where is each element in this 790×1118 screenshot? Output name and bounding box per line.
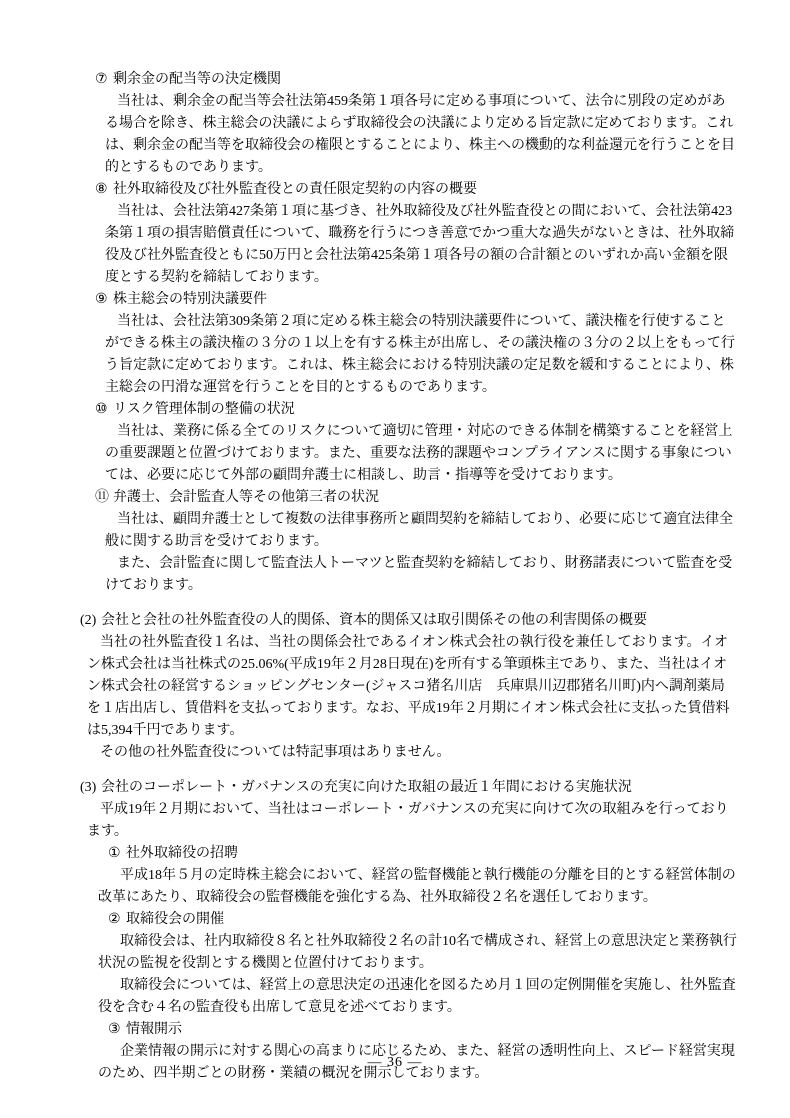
numbered-item-title: 剰余金の配当等の決定機関 — [113, 72, 281, 87]
numbered-item-paragraph-line: また、会計監査に関して監査法人トーマツと監査契約を締結しており、財務諸表について… — [80, 553, 770, 575]
section-heading: (3)会社のコーポレート・ガバナンスの充実に向けた取組の最近１年間における実施状… — [80, 777, 770, 799]
section-paragraph-line: 平成19年２月期において、当社はコーポレート・ガバナンスの充実に向けて次の取組み… — [80, 799, 770, 821]
numbered-item-marker: ⑪ — [95, 487, 113, 509]
numbered-item: ⑧社外取締役及び社外監査役との責任限定契約の内容の概要当社は、会社法第427条第… — [80, 179, 770, 289]
numbered-item-paragraph-line: けております。 — [80, 575, 770, 597]
numbered-item-heading: ⑩リスク管理体制の整備の状況 — [80, 399, 770, 421]
subitem: ①社外取締役の招聘平成18年５月の定時株主総会において、経営の監督機能と執行機能… — [80, 843, 770, 909]
section-paragraph-line: 当社の社外監査役１名は、当社の関係会社であるイオン株式会社の執行役を兼任しており… — [80, 632, 770, 654]
numbered-item-paragraph-line: 主総会の円滑な運営を行うことを目的とするものであります。 — [80, 377, 770, 399]
numbered-item-marker: ⑦ — [95, 69, 113, 91]
subitem-paragraph-line: 取締役会は、社内取締役８名と社外取締役２名の計10名で構成され、経営上の意思決定… — [80, 931, 770, 953]
numbered-item-paragraph-line: ができる株主の議決権の３分の１以上を有する株主が出席し、その議決権の３分の２以上… — [80, 333, 770, 355]
section-heading: (2)会社と会社の社外監査役の人的関係、資本的関係又は取引関係その他の利害関係の… — [80, 610, 770, 632]
section-title: 会社と会社の社外監査役の人的関係、資本的関係又は取引関係その他の利害関係の概要 — [101, 613, 647, 628]
numbered-item: ⑩リスク管理体制の整備の状況当社は、業務に係る全てのリスクについて適切に管理・対… — [80, 399, 770, 487]
section: (3)会社のコーポレート・ガバナンスの充実に向けた取組の最近１年間における実施状… — [80, 777, 770, 1085]
numbered-item-marker: ⑨ — [95, 289, 113, 311]
numbered-item-heading: ⑧社外取締役及び社外監査役との責任限定契約の内容の概要 — [80, 179, 770, 201]
section: (2)会社と会社の社外監査役の人的関係、資本的関係又は取引関係その他の利害関係の… — [80, 610, 770, 764]
numbered-item-title: 社外取締役及び社外監査役との責任限定契約の内容の概要 — [113, 182, 477, 197]
document-page: ⑦剰余金の配当等の決定機関当社は、剰余金の配当等会社法第459条第１項各号に定め… — [0, 0, 790, 1118]
subitem-paragraph-line: 状況の監視を役割とする機関と位置付けております。 — [80, 953, 770, 975]
section-paragraph-line: その他の社外監査役については特記事項はありません。 — [80, 742, 770, 764]
numbered-item-paragraph-line: 当社は、会社法第427条第１項に基づき、社外取締役及び社外監査役との間において、… — [80, 201, 770, 223]
numbered-item-paragraph-line: う旨定款に定めております。これは、株主総会における特別決議の定足数を緩和すること… — [80, 355, 770, 377]
subitem-paragraph-line: 役を含む４名の監査役も出席して意見を述べております。 — [80, 997, 770, 1019]
numbered-item-paragraph-line: 当社は、業務に係る全てのリスクについて適切に管理・対応のできる体制を構築すること… — [80, 421, 770, 443]
section-paragraph-line: は5,394千円であります。 — [80, 720, 770, 742]
numbered-item-paragraph-line: 当社は、会社法第309条第２項に定める株主総会の特別決議要件について、議決権を行… — [80, 311, 770, 333]
numbered-item-title: 弁護士、会計監査人等その他第三者の状況 — [113, 490, 379, 505]
section-marker: (2) — [80, 610, 101, 632]
numbered-item-paragraph-line: 役及び社外監査役ともに50万円と会社法第425条第１項各号の額の合計額とのいずれ… — [80, 245, 770, 267]
section-title: 会社のコーポレート・ガバナンスの充実に向けた取組の最近１年間における実施状況 — [101, 780, 632, 795]
numbered-item-heading: ⑦剰余金の配当等の決定機関 — [80, 69, 770, 91]
subitem-heading: ①社外取締役の招聘 — [80, 843, 770, 865]
section-marker: (3) — [80, 777, 101, 799]
document-body: ⑦剰余金の配当等の決定機関当社は、剰余金の配当等会社法第459条第１項各号に定め… — [80, 69, 770, 1085]
subitem-paragraph-line: 改革にあたり、取締役会の監督機能を強化する為、社外取締役２名を選任しております。 — [80, 887, 770, 909]
numbered-item-marker: ⑩ — [95, 399, 113, 421]
subitem-marker: ③ — [108, 1019, 126, 1041]
numbered-item-paragraph-line: 当社は、顧問弁護士として複数の法律事務所と顧問契約を締結しており、必要に応じて適… — [80, 509, 770, 531]
numbered-item-marker: ⑧ — [95, 179, 113, 201]
numbered-item-paragraph-line: 当社は、剰余金の配当等会社法第459条第１項各号に定める事項について、法令に別段… — [80, 91, 770, 113]
subitem-marker: ① — [108, 843, 126, 865]
numbered-item-paragraph-line: 条第１項の損害賠償責任について、職務を行うにつき善意でかつ重大な過失がないときは… — [80, 223, 770, 245]
numbered-item-title: 株主総会の特別決議要件 — [113, 292, 267, 307]
section-paragraph-line: を１店出店し、賃借料を支払っております。なお、平成19年２月期にイオン株式会社に… — [80, 698, 770, 720]
numbered-item-heading: ⑪弁護士、会計監査人等その他第三者の状況 — [80, 487, 770, 509]
numbered-item: ⑪弁護士、会計監査人等その他第三者の状況当社は、顧問弁護士として複数の法律事務所… — [80, 487, 770, 597]
subitem-title: 社外取締役の招聘 — [126, 846, 238, 861]
section-paragraph-line: ン株式会社は当社株式の25.06%(平成19年２月28日現在)を所有する筆頭株主… — [80, 654, 770, 676]
page-number: — 36 — — [0, 1052, 790, 1074]
numbered-item-paragraph-line: は、剰余金の配当等を取締役会の権限とすることにより、株主への機動的な利益還元を行… — [80, 135, 770, 157]
subitem-paragraph-line: 平成18年５月の定時株主総会において、経営の監督機能と執行機能の分離を目的とする… — [80, 865, 770, 887]
section-paragraph-line: ます。 — [80, 821, 770, 843]
numbered-item-heading: ⑨株主総会の特別決議要件 — [80, 289, 770, 311]
numbered-item-paragraph-line: 般に関する助言を受けております。 — [80, 531, 770, 553]
subitem-heading: ②取締役会の開催 — [80, 909, 770, 931]
section-paragraph-line: ン株式会社の経営するショッピングセンター(ジャスコ猪名川店 兵庫県川辺郡猪名川町… — [80, 676, 770, 698]
numbered-item-paragraph-line: る場合を除き、株主総会の決議によらず取締役会の決議により定める旨定款に定めており… — [80, 113, 770, 135]
numbered-item: ⑨株主総会の特別決議要件当社は、会社法第309条第２項に定める株主総会の特別決議… — [80, 289, 770, 399]
numbered-item: ⑦剰余金の配当等の決定機関当社は、剰余金の配当等会社法第459条第１項各号に定め… — [80, 69, 770, 179]
subitem-heading: ③情報開示 — [80, 1019, 770, 1041]
subitem-title: 情報開示 — [126, 1022, 182, 1037]
subitem-title: 取締役会の開催 — [126, 912, 224, 927]
subitem: ②取締役会の開催取締役会は、社内取締役８名と社外取締役２名の計10名で構成され、… — [80, 909, 770, 1019]
subitem-marker: ② — [108, 909, 126, 931]
numbered-item-paragraph-line: 的とするものであります。 — [80, 157, 770, 179]
subitem-paragraph-line: 取締役会については、経営上の意思決定の迅速化を図るため月１回の定例開催を実施し、… — [80, 975, 770, 997]
numbered-item-paragraph-line: の重要課題と位置づけております。また、重要な法務的課題やコンプライアンスに関する… — [80, 443, 770, 465]
numbered-item-paragraph-line: 度とする契約を締結しております。 — [80, 267, 770, 289]
numbered-item-title: リスク管理体制の整備の状況 — [113, 402, 295, 417]
numbered-item-paragraph-line: ては、必要に応じて外部の顧問弁護士に相談し、助言・指導等を受けております。 — [80, 465, 770, 487]
